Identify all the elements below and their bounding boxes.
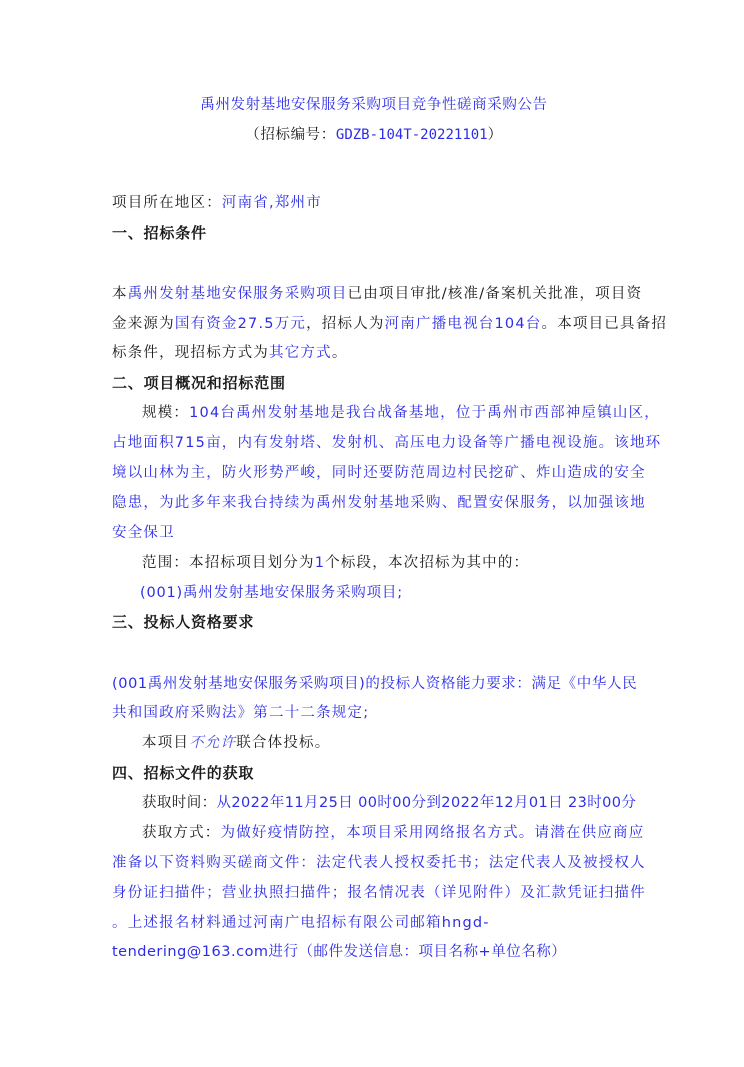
acquisition-method-line-3: 身份证扫描件；营业执照扫描件；报名情况表（详见附件）及汇款凭证扫描件	[112, 883, 646, 903]
section-heading-1: 一、招标条件	[112, 223, 207, 243]
section1-line-2: 金来源为国有资金27.5万元，招标人为河南广播电视台104台。本项目已具备招	[112, 314, 667, 334]
time-label: 获取时间：	[142, 795, 217, 811]
text-segment: 本项目	[142, 735, 189, 751]
text-segment: 金来源为	[112, 316, 175, 332]
consortium-status: 不允许	[189, 735, 236, 751]
section1-line-1: 本禹州发射基地安保服务采购项目已由项目审批/核准/备案机关批准，项目资	[112, 284, 642, 304]
tender-number: （招标编号：GDZB-104T-20221101）	[112, 123, 636, 144]
method-label: 获取方式：	[142, 825, 221, 841]
scale-label: 规模：	[142, 405, 189, 421]
section-heading-2: 二、项目概况和招标范围	[112, 373, 286, 393]
text-segment: 个标段，本次招标为其中的：	[325, 555, 529, 571]
text-segment: 范围：本招标项目划分为	[142, 555, 315, 571]
section-heading-3: 三、投标人资格要求	[112, 612, 254, 632]
scale-line-5: 安全保卫	[112, 523, 175, 543]
tenderer-name: 河南广播电视台104台	[385, 316, 542, 332]
tender-number-prefix: （招标编号：	[245, 127, 336, 143]
acquisition-time: 获取时间：从2022年11月25日 00时00分到2022年12月01日 23时…	[142, 793, 636, 813]
acquisition-method-line-4: 。上述报名材料通过河南广电招标有限公司邮箱hngd-	[112, 913, 490, 933]
location-value: 河南省,郑州市	[222, 195, 322, 211]
qualification-line-1: (001禹州发射基地安保服务采购项目)的投标人资格能力要求：满足《中华人民	[112, 674, 637, 694]
time-value: 从2022年11月25日 00时00分到2022年12月01日 23时00分	[217, 795, 637, 811]
text-segment: ，招标人为	[306, 316, 385, 332]
acquisition-method-line-1: 获取方式：为做好疫情防控，本项目采用网络报名方式。请潜在供应商应	[142, 823, 644, 843]
project-name: 禹州发射基地安保服务采购项目	[128, 286, 348, 302]
text-segment: 标条件，现招标方式为	[112, 345, 269, 361]
text-segment: 。	[332, 345, 348, 361]
scale-line-4: 隐患，为此多年来我台持续为禹州发射基地采购、配置安保服务，以加强该地	[112, 493, 646, 513]
section1-line-3: 标条件，现招标方式为其它方式。	[112, 343, 348, 363]
lot-item: (001)禹州发射基地安保服务采购项目;	[140, 583, 403, 603]
text-segment: 本	[112, 286, 128, 302]
section-heading-4: 四、招标文件的获取	[112, 763, 254, 783]
scale-line-1: 规模：104台禹州发射基地是我台战备基地，位于禹州市西部神垕镇山区，	[142, 403, 660, 423]
funds-source: 国有资金27.5万元	[175, 316, 306, 332]
range-line: 范围：本招标项目划分为1个标段，本次招标为其中的：	[142, 553, 529, 573]
acquisition-method-line-5: tendering@163.com进行（邮件发送信息：项目名称+单位名称）	[112, 942, 566, 962]
project-location: 项目所在地区：河南省,郑州市	[112, 193, 322, 213]
consortium-line: 本项目不允许联合体投标。	[142, 733, 330, 753]
scale-text: 104台禹州发射基地是我台战备基地，位于禹州市西部神垕镇山区，	[189, 405, 660, 421]
lot-count: 1	[315, 555, 325, 571]
text-segment: 已由项目审批/核准/备案机关批准，项目资	[348, 286, 643, 302]
text-segment: 。本项目已具备招	[542, 316, 668, 332]
method-text: 为做好疫情防控，本项目采用网络报名方式。请潜在供应商应	[221, 825, 645, 841]
location-label: 项目所在地区：	[112, 195, 222, 211]
document-title: 禹州发射基地安保服务采购项目竞争性磋商采购公告	[112, 93, 636, 114]
qualification-line-2: 共和国政府采购法》第二十二条规定;	[112, 703, 369, 723]
scale-line-2: 占地面积715亩，内有发射塔、发射机、高压电力设备等广播电视设施。该地环	[112, 433, 661, 453]
acquisition-method-line-2: 准备以下资料购买磋商文件：法定代表人授权委托书；法定代表人及被授权人	[112, 853, 646, 873]
text-segment: 联合体投标。	[236, 735, 330, 751]
tender-method: 其它方式	[269, 345, 332, 361]
tender-number-value: GDZB-104T-20221101	[336, 127, 488, 143]
scale-line-3: 境以山林为主，防火形势严峻，同时还要防范周边村民挖矿、炸山造成的安全	[112, 463, 646, 483]
tender-number-suffix: ）	[488, 127, 503, 143]
